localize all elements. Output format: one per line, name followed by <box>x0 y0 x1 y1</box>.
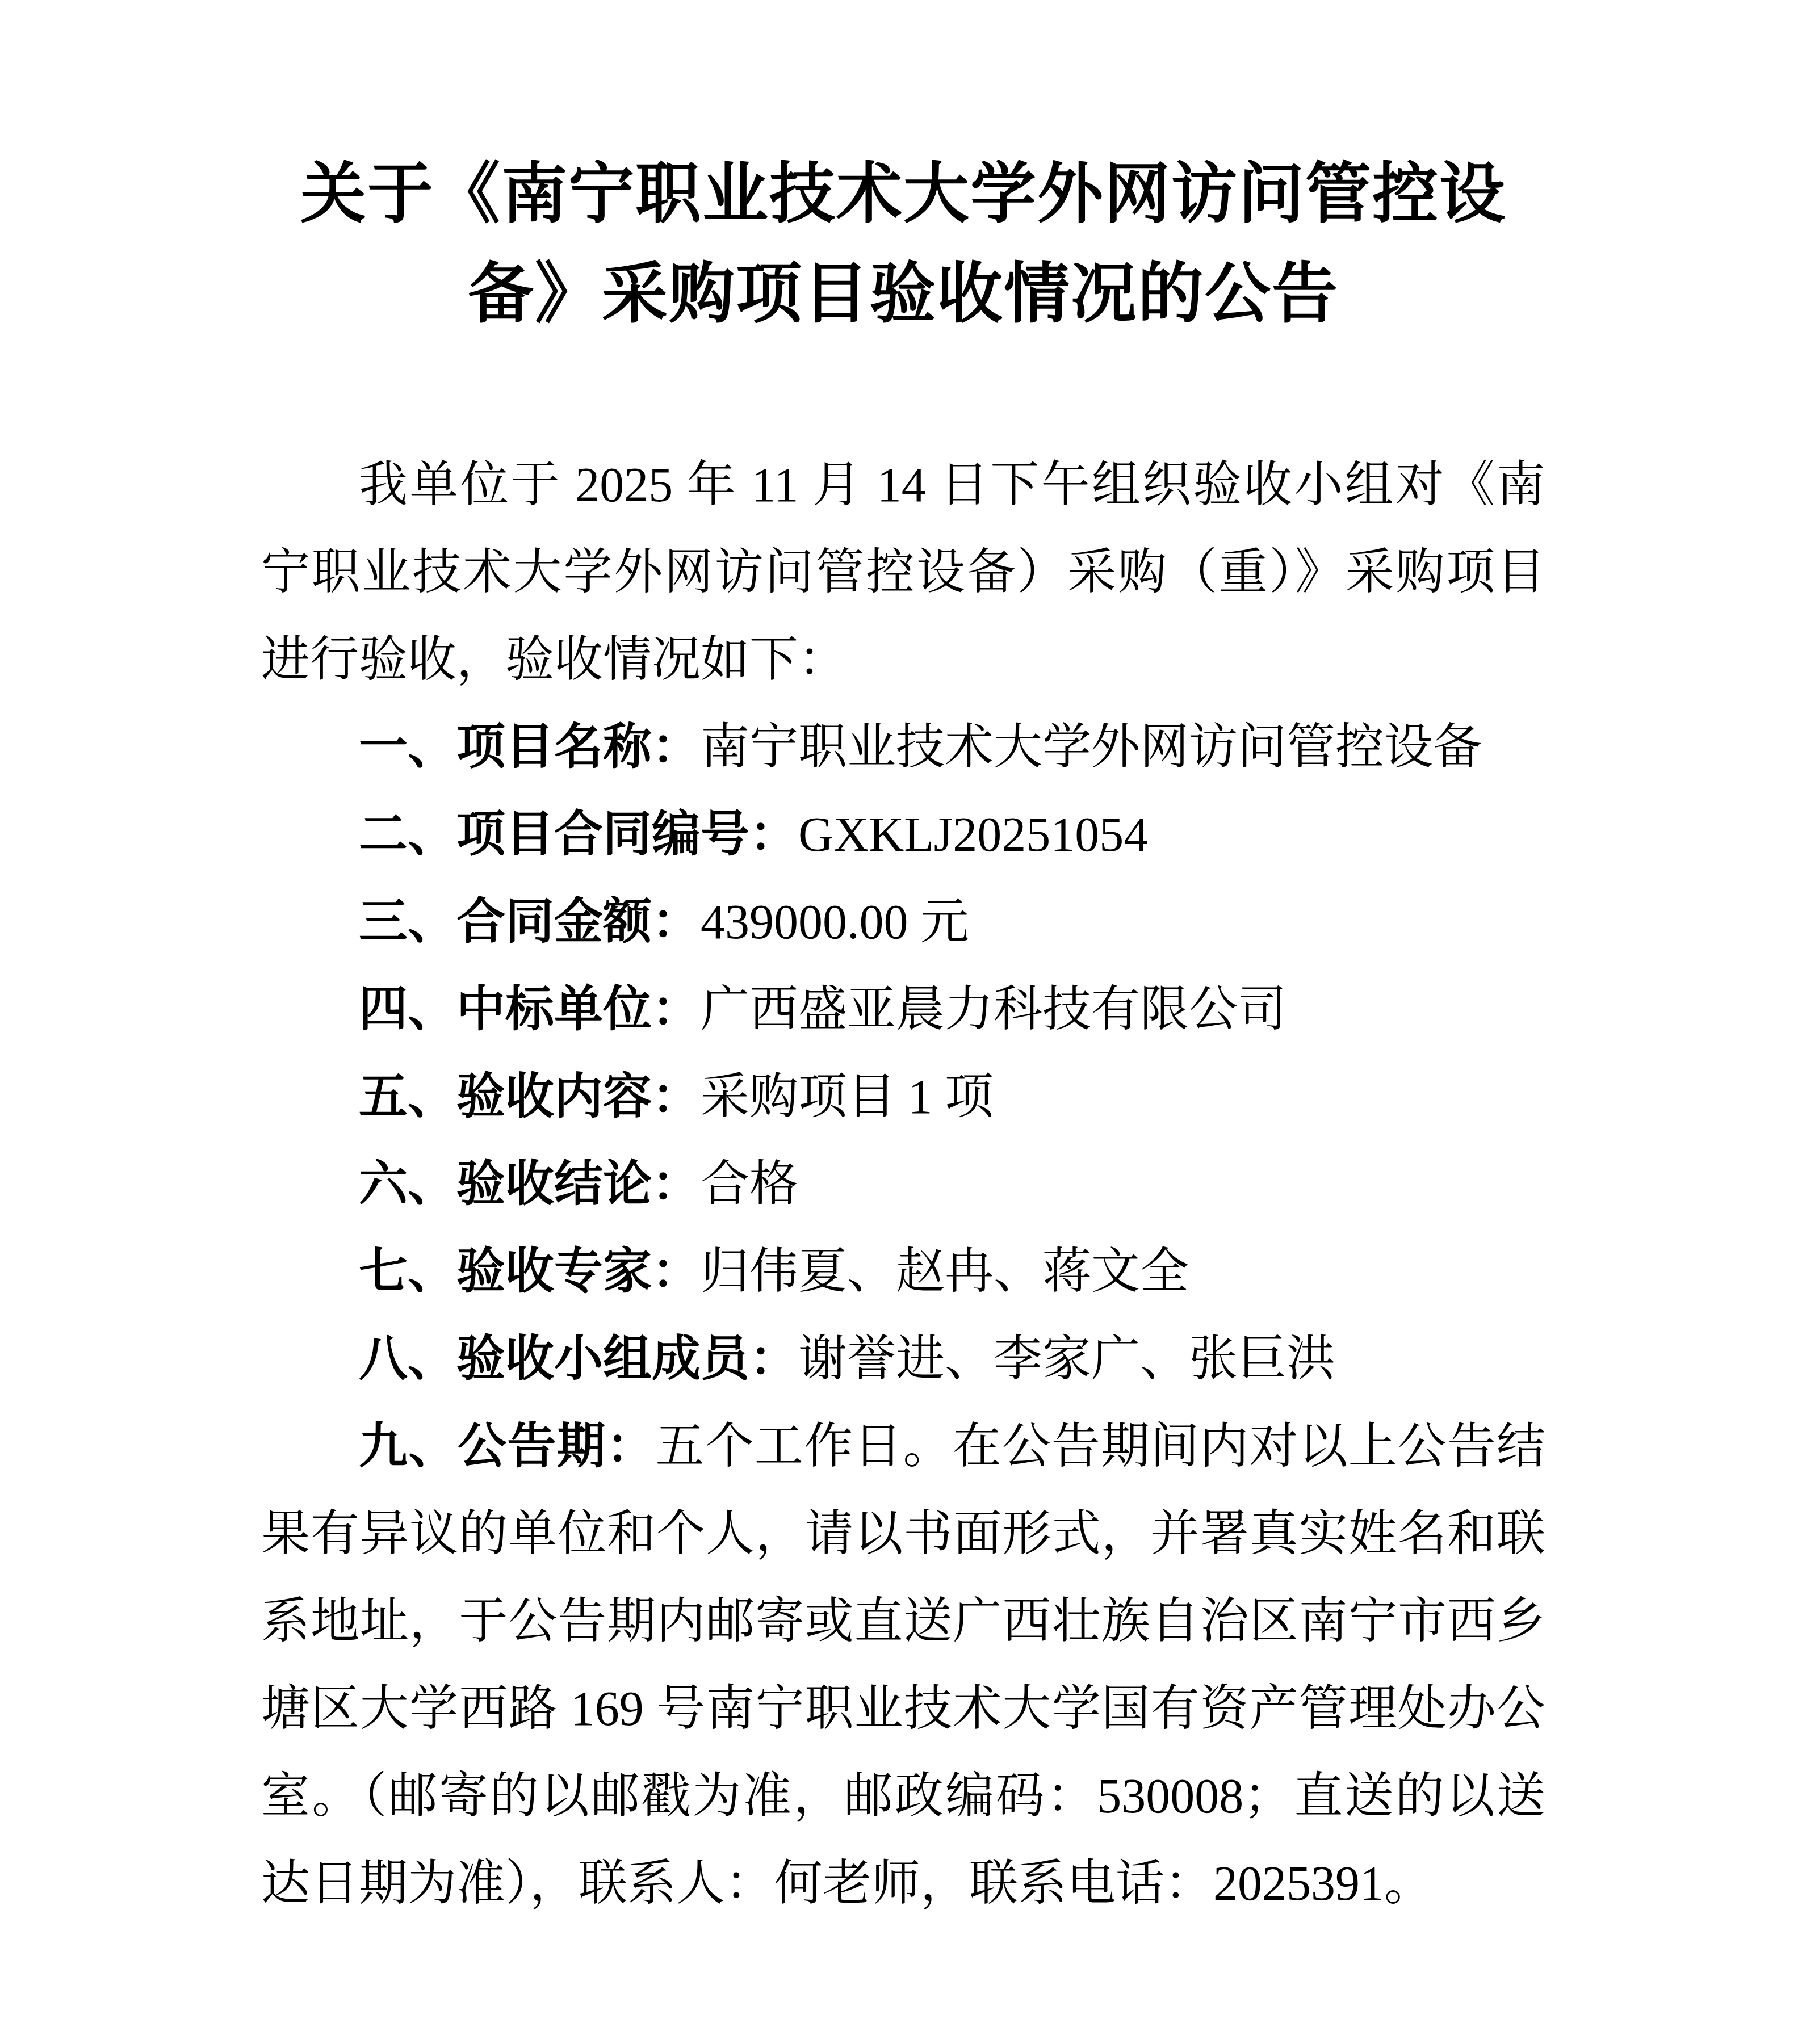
intro-paragraph: 我单位于 2025 年 11 月 14 日下午组织验收小组对《南宁职业技术大学外… <box>261 441 1545 703</box>
item-7-label: 七、验收专家： <box>359 1244 701 1299</box>
item-project-name: 一、项目名称：南宁职业技术大学外网访问管控设备 <box>261 703 1545 791</box>
document-body: 我单位于 2025 年 11 月 14 日下午组织验收小组对《南宁职业技术大学外… <box>261 441 1545 1927</box>
item-5-value: 采购项目 1 项 <box>701 1069 994 1124</box>
item-3-label: 三、合同金额： <box>359 895 701 949</box>
item-8-value: 谢誉进、李家广、张巨洪 <box>798 1332 1335 1386</box>
item-2-label: 二、项目合同编号： <box>359 807 798 862</box>
item-contract-amount: 三、合同金额：439000.00 元 <box>261 878 1545 966</box>
item-1-label: 一、项目名称： <box>359 720 701 774</box>
item-3-value: 439000.00 元 <box>701 895 969 949</box>
item-acceptance-experts: 七、验收专家：归伟夏、赵冉、蒋文全 <box>261 1228 1545 1315</box>
item-acceptance-content: 五、验收内容：采购项目 1 项 <box>261 1053 1545 1140</box>
item-8-label: 八、验收小组成员： <box>359 1332 798 1386</box>
item-winning-bidder: 四、中标单位：广西盛亚晨力科技有限公司 <box>261 966 1545 1053</box>
document-content: 关于《南宁职业技术大学外网访问管控设备》采购项目验收情况的公告 我单位于 202… <box>0 0 1802 1927</box>
item-9-label: 九、公告期： <box>359 1419 656 1474</box>
item-7-value: 归伟夏、赵冉、蒋文全 <box>701 1244 1189 1299</box>
document-title: 关于《南宁职业技术大学外网访问管控设备》采购项目验收情况的公告 <box>261 145 1545 345</box>
item-4-label: 四、中标单位： <box>359 982 701 1036</box>
item-announcement-period: 九、公告期：五个工作日。在公告期间内对以上公告结果有异议的单位和个人，请以书面形… <box>261 1403 1545 1927</box>
item-6-value: 合格 <box>701 1157 798 1211</box>
item-2-value: GXKLJ20251054 <box>798 807 1148 862</box>
document-page: 关于《南宁职业技术大学外网访问管控设备》采购项目验收情况的公告 我单位于 202… <box>0 0 1802 2044</box>
item-6-label: 六、验收结论： <box>359 1157 701 1211</box>
item-acceptance-team: 八、验收小组成员：谢誉进、李家广、张巨洪 <box>261 1315 1545 1403</box>
item-4-value: 广西盛亚晨力科技有限公司 <box>701 982 1286 1036</box>
item-9-value: 五个工作日。在公告期间内对以上公告结果有异议的单位和个人，请以书面形式，并署真实… <box>261 1419 1545 1911</box>
item-1-value: 南宁职业技术大学外网访问管控设备 <box>701 720 1482 774</box>
intro-text: 我单位于 2025 年 11 月 14 日下午组织验收小组对《南宁职业技术大学外… <box>261 458 1545 687</box>
item-acceptance-conclusion: 六、验收结论：合格 <box>261 1140 1545 1228</box>
item-5-label: 五、验收内容： <box>359 1069 701 1124</box>
item-contract-number: 二、项目合同编号：GXKLJ20251054 <box>261 791 1545 878</box>
